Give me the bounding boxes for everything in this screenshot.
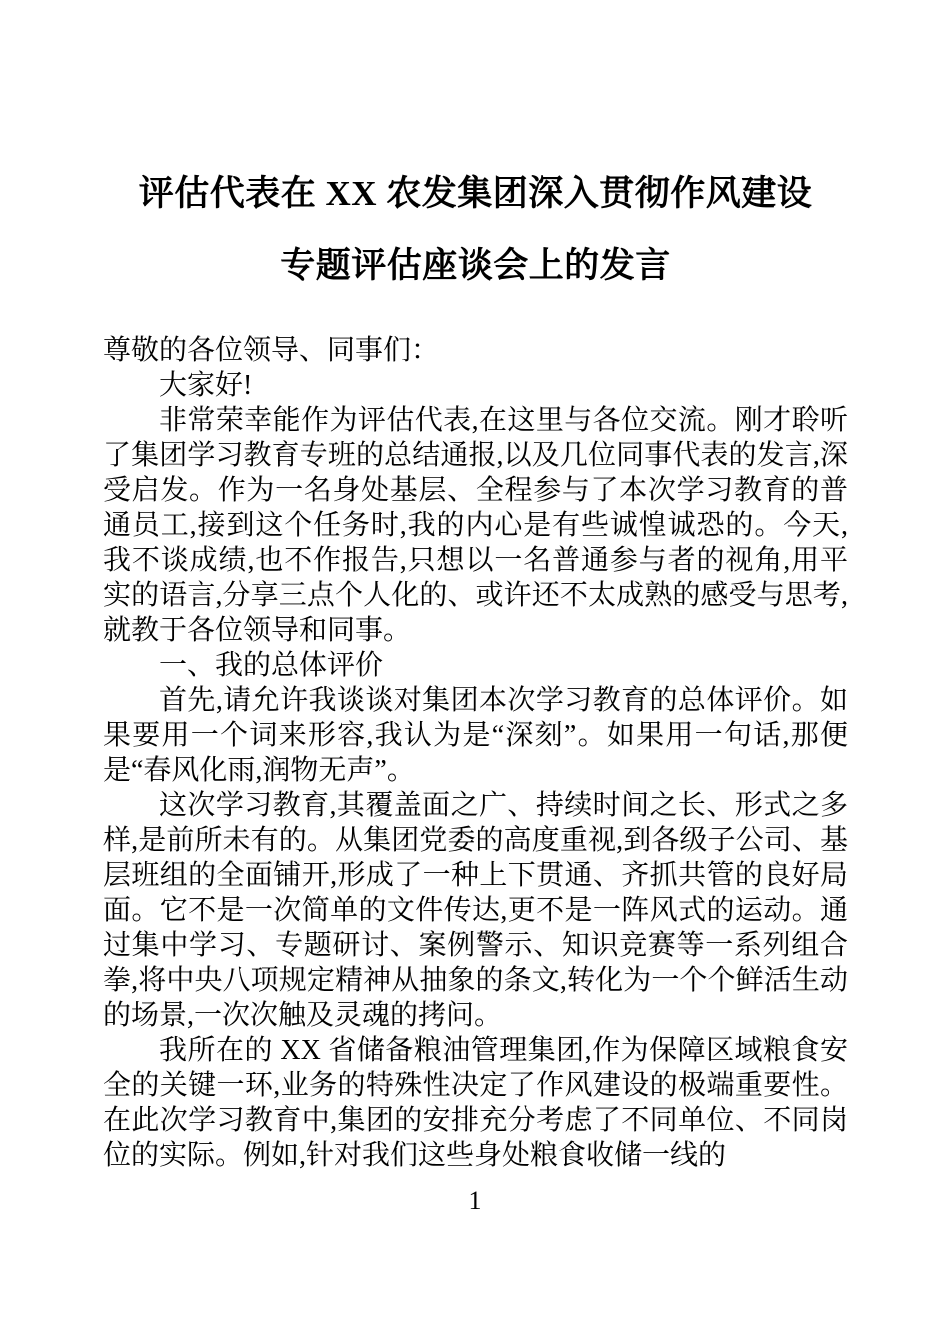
page-number: 1: [0, 1186, 950, 1216]
document-title-line2: 专题评估座谈会上的发言: [103, 230, 848, 302]
paragraph-overall-evaluation: 首先,请允许我谈谈对集团本次学习教育的总体评价。如果要用一个词来形容,我认为是“…: [103, 683, 848, 788]
paragraph-group-context: 我所在的 XX 省储备粮油管理集团,作为保障区域粮食安全的关键一环,业务的特殊性…: [103, 1033, 848, 1173]
document-body: 尊敬的各位领导、同事们： 大家好! 非常荣幸能作为评估代表,在这里与各位交流。刚…: [103, 333, 848, 1173]
document-page: 评估代表在 XX 农发集团深入贯彻作风建设 专题评估座谈会上的发言 尊敬的各位领…: [0, 0, 950, 1344]
document-title: 评估代表在 XX 农发集团深入贯彻作风建设 专题评估座谈会上的发言: [103, 158, 848, 302]
greeting-paragraph: 大家好!: [103, 368, 848, 403]
paragraph-education-coverage: 这次学习教育,其覆盖面之广、持续时间之长、形式之多样,是前所未有的。从集团党委的…: [103, 788, 848, 1033]
section-heading-1: 一、我的总体评价: [103, 648, 848, 683]
opening-paragraph: 非常荣幸能作为评估代表,在这里与各位交流。刚才聆听了集团学习教育专班的总结通报,…: [103, 403, 848, 648]
salutation: 尊敬的各位领导、同事们：: [103, 333, 848, 368]
document-title-line1: 评估代表在 XX 农发集团深入贯彻作风建设: [103, 158, 848, 230]
